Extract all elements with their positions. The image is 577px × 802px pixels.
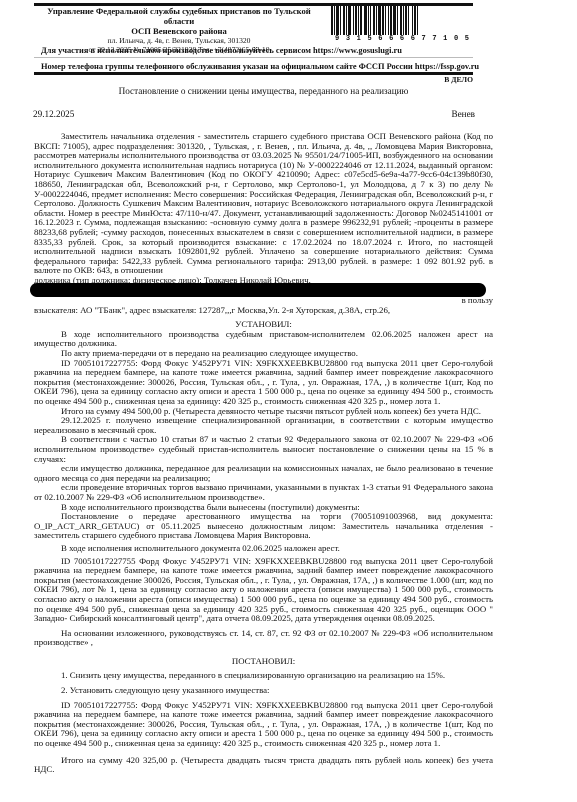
barcode-digit: 7	[422, 35, 426, 43]
condition-item: если проведение вторичных торгов вызвано…	[34, 483, 493, 502]
established-paragraph: 29.12.2025 г. получено извещение специал…	[34, 416, 493, 435]
intro-paragraph: Заместитель начальника отделения - замес…	[34, 132, 493, 276]
barcode-digit: 6	[400, 35, 404, 43]
redacted-address-band	[30, 283, 486, 297]
barcode-digit: 1	[357, 35, 361, 43]
barcode-digits: 9315666677105	[331, 35, 473, 43]
header-rule-bottom	[34, 72, 473, 75]
document-title: Постановление о снижении цены имущества,…	[0, 86, 527, 96]
arrest-property-description: ID 70051017227755 Форд Фокус У452РУ71 VI…	[34, 557, 493, 624]
resolved-item-1: 1. Снизить цену имущества, переданного в…	[34, 671, 493, 681]
header-rule-middle	[34, 57, 473, 58]
resolved-total: Итого на сумму 420 325,00 р. (Четыреста …	[34, 756, 493, 775]
condition-item: если имущество должника, переданное для …	[34, 464, 493, 483]
org-name: Управление Федеральной службы судебных п…	[34, 6, 324, 26]
document-body: Заместитель начальника отделения - замес…	[34, 132, 493, 775]
barcode-digit: 7	[432, 35, 436, 43]
barcode: 9315666677105	[331, 4, 473, 42]
document-date: 29.12.2025	[33, 109, 74, 119]
barcode-digit: 3	[346, 35, 350, 43]
established-paragraph: В ходе исполнения исполнительного докуме…	[34, 544, 493, 554]
barcode-bars	[331, 4, 473, 35]
resolved-property-description: ID 70051017227755: Форд Фокус У452РУ71 V…	[34, 701, 493, 749]
barcode-digit: 6	[389, 35, 393, 43]
grounds-paragraph: На основании изложенного, руководствуясь…	[34, 629, 493, 648]
gosuslugi-notice: Для участия в исполнительном производств…	[41, 46, 402, 55]
property-description: ID 70051017227755: Форд Фокус У452РУ71 V…	[34, 359, 493, 407]
barcode-digit: 0	[454, 35, 458, 43]
department-address: пл. Ильича, д. 4в, г. Венев, Тульская, 3…	[34, 36, 324, 45]
legal-basis: В соответствии с частью 10 статьи 87 и ч…	[34, 435, 493, 464]
barcode-digit: 9	[335, 35, 339, 43]
department-name: ОСП Веневского района	[34, 26, 324, 36]
barcode-digit: 6	[411, 35, 415, 43]
phone-notice: Номер телефона группы телефонного обслуж…	[41, 62, 479, 71]
filing-mark: В ДЕЛО	[444, 75, 473, 84]
auction-transfer-paragraph: Постановление о передаче арестованного и…	[34, 512, 493, 541]
barcode-digit: 5	[367, 35, 371, 43]
barcode-digit: 6	[378, 35, 382, 43]
resolved-heading: ПОСТАНОВИЛ:	[34, 657, 493, 667]
resolved-item-2: 2. Установить следующую цену указанного …	[34, 686, 493, 696]
creditor-line: взыскателя: АО "ТБанк", адрес взыскателя…	[34, 306, 493, 316]
established-paragraph: В ходе исполнительного производства суде…	[34, 330, 493, 349]
document-page: Управление Федеральной службы судебных п…	[0, 0, 577, 802]
document-city: Венев	[451, 109, 475, 119]
barcode-digit: 1	[443, 35, 447, 43]
barcode-digit: 5	[465, 35, 469, 43]
